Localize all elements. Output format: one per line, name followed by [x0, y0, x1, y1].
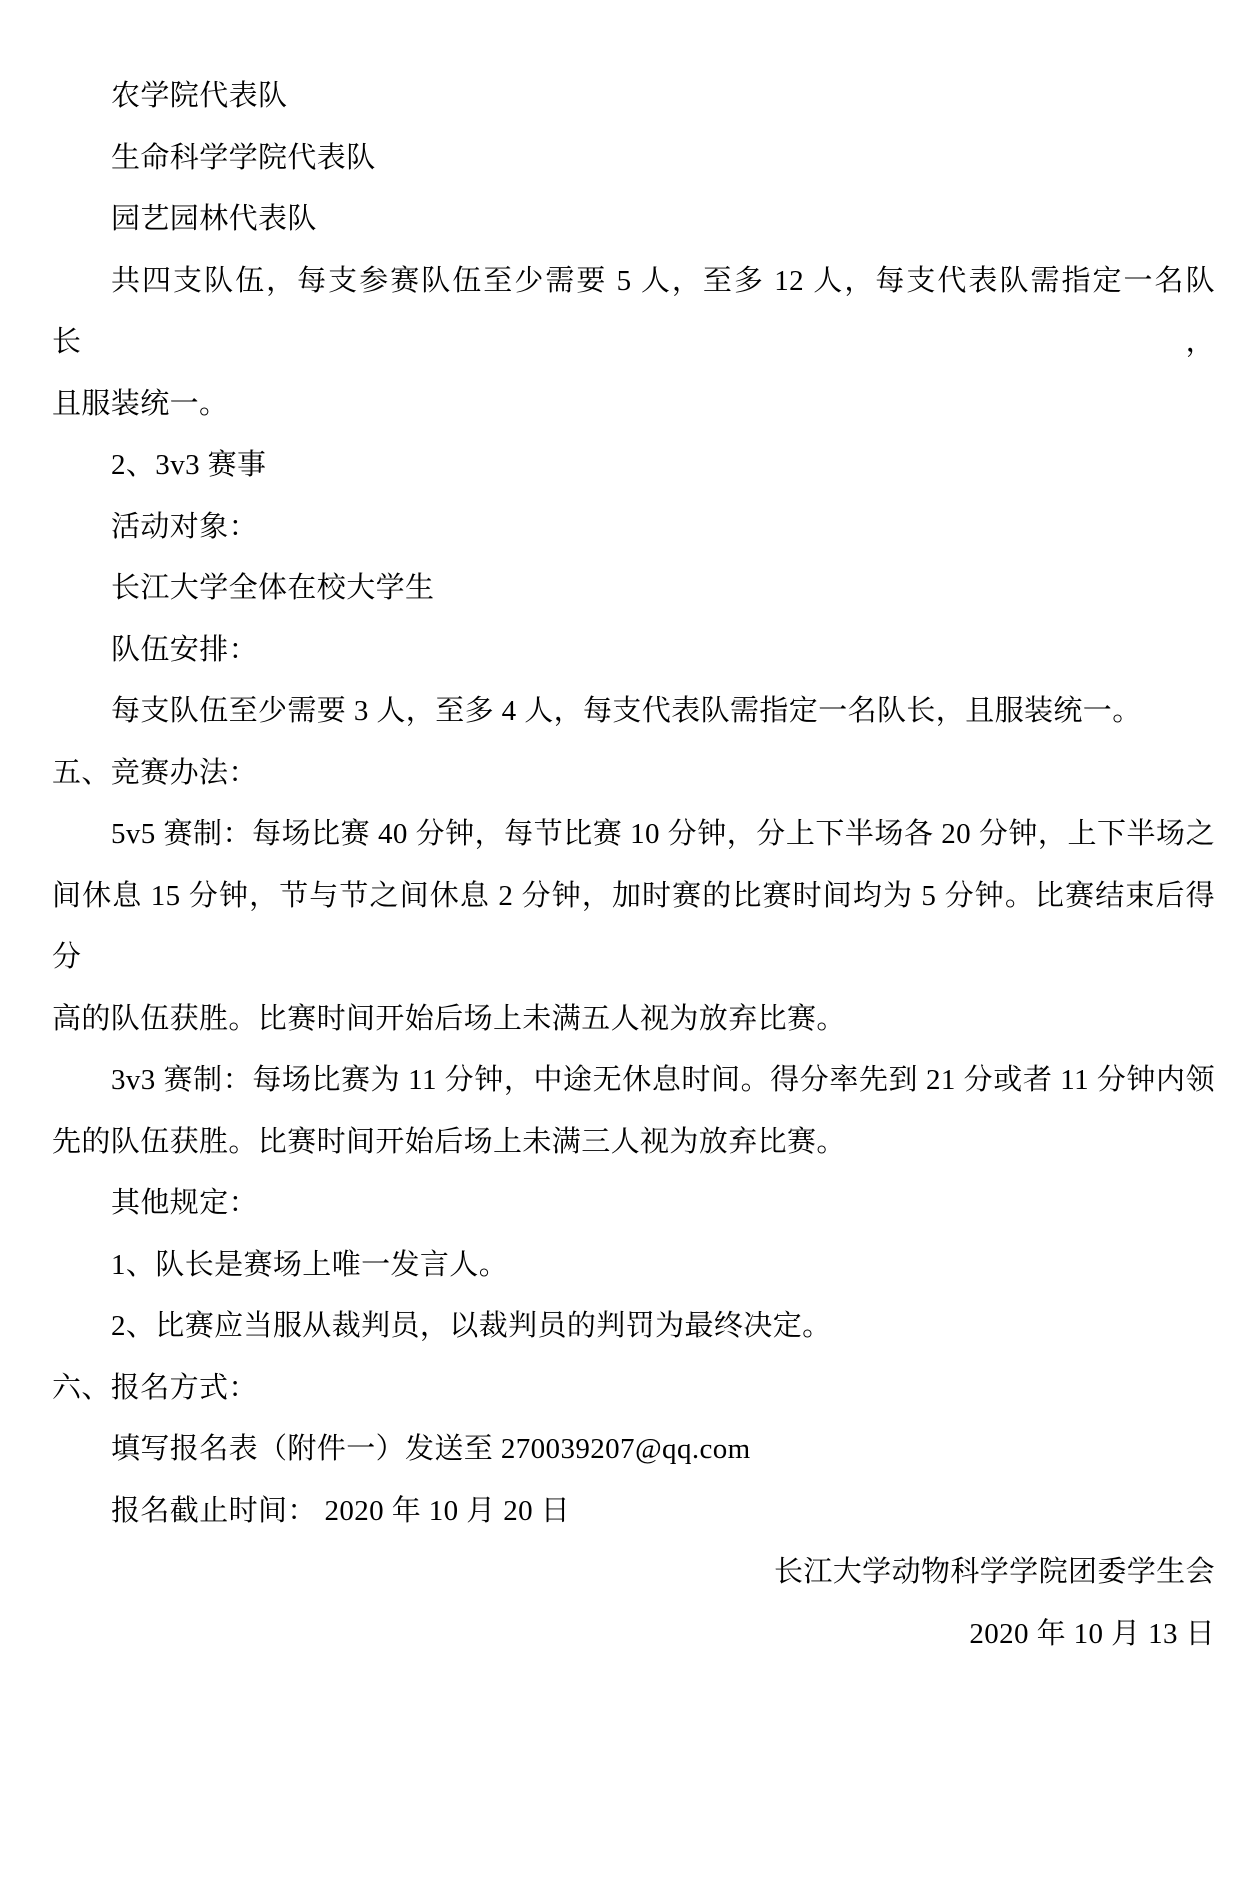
doc-line-13: 间休息 15 分钟，节与节之间休息 2 分钟，加时赛的比赛时间均为 5 分钟。比… — [52, 866, 1215, 989]
doc-line-23: 长江大学动物科学学院团委学生会 — [52, 1542, 1215, 1604]
doc-line-7: 活动对象： — [52, 497, 1215, 559]
doc-line-4: 共四支队伍，每支参赛队伍至少需要 5 人，至多 12 人，每支代表队需指定一名队… — [52, 251, 1215, 374]
doc-line-16: 先的队伍获胜。比赛时间开始后场上未满三人视为放弃比赛。 — [52, 1112, 1215, 1174]
doc-line-3: 园艺园林代表队 — [52, 189, 1215, 251]
doc-line-22: 报名截止时间： 2020 年 10 月 20 日 — [52, 1481, 1215, 1543]
doc-line-5: 且服装统一。 — [52, 374, 1215, 436]
doc-line-18: 1、队长是赛场上唯一发言人。 — [52, 1235, 1215, 1297]
doc-line-24: 2020 年 10 月 13 日 — [52, 1604, 1215, 1666]
doc-line-1: 农学院代表队 — [52, 66, 1215, 128]
doc-line-9: 队伍安排： — [52, 620, 1215, 682]
doc-line-12: 5v5 赛制：每场比赛 40 分钟，每节比赛 10 分钟，分上下半场各 20 分… — [52, 804, 1215, 866]
doc-line-2: 生命科学学院代表队 — [52, 128, 1215, 190]
doc-line-14: 高的队伍获胜。比赛时间开始后场上未满五人视为放弃比赛。 — [52, 989, 1215, 1051]
document-page: 农学院代表队生命科学学院代表队园艺园林代表队共四支队伍，每支参赛队伍至少需要 5… — [0, 0, 1254, 1880]
doc-line-15: 3v3 赛制：每场比赛为 11 分钟，中途无休息时间。得分率先到 21 分或者 … — [52, 1050, 1215, 1112]
doc-line-10: 每支队伍至少需要 3 人，至多 4 人，每支代表队需指定一名队长，且服装统一。 — [52, 681, 1215, 743]
doc-line-20: 六、报名方式： — [52, 1358, 1215, 1420]
doc-line-19: 2、比赛应当服从裁判员，以裁判员的判罚为最终决定。 — [52, 1296, 1215, 1358]
doc-line-6: 2、3v3 赛事 — [52, 435, 1215, 497]
doc-line-21: 填写报名表（附件一）发送至 270039207@qq.com — [52, 1419, 1215, 1481]
doc-line-11: 五、竞赛办法： — [52, 743, 1215, 805]
document-body: 农学院代表队生命科学学院代表队园艺园林代表队共四支队伍，每支参赛队伍至少需要 5… — [52, 66, 1215, 1665]
doc-line-8: 长江大学全体在校大学生 — [52, 558, 1215, 620]
doc-line-17: 其他规定： — [52, 1173, 1215, 1235]
